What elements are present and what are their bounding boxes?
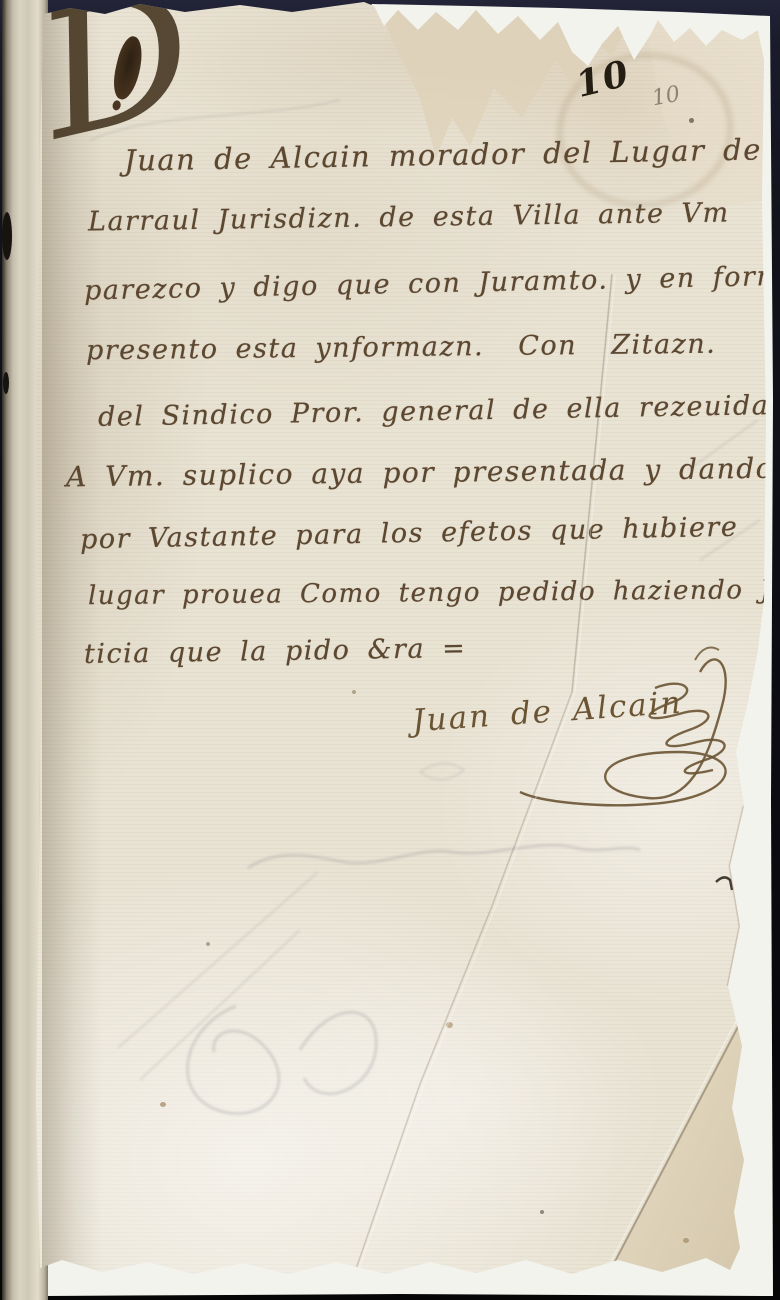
manuscript-line-3: parezco y digo que con Juramto. y en for… [84,260,780,306]
fox-spot [206,942,210,946]
manuscript-line-8: lugar prouea Como tengo pedido haziendo … [88,575,780,611]
bleedthrough-loop [420,763,464,779]
manuscript-page: 10 10 D Juan de Alcain morador del Lugar… [0,0,780,1300]
folded-corner [590,996,762,1296]
fox-spot [160,1102,166,1107]
ink-speck-mark [716,877,732,890]
manuscript-line-9: ticia que la pido &ra = [84,633,467,670]
bleedthrough-stroke [140,930,300,1080]
fox-spot [446,1022,453,1028]
bleedthrough-flourish [188,1006,279,1114]
signature-rubric-flourish [520,659,726,805]
bleedthrough-mirrored-line [248,845,640,868]
manuscript-line-7: por Vastante para los efetos que hubiere [80,512,739,556]
ink-speck [689,118,694,123]
manuscript-line-2: Larraul Jurisdizn. de esta Villa ante Vm [88,198,730,238]
folio-number-faint: 10 [650,82,682,111]
signature-name: Juan de Alcain [411,685,684,740]
manuscript-scan: 10 10 D Juan de Alcain morador del Lugar… [0,0,780,1300]
fox-spot [540,1210,544,1214]
manuscript-line-5: del Sindico Pror. general de ella rezeui… [98,390,770,433]
signature-rubric-flourish [695,648,719,660]
fox-spot [352,690,356,694]
crease-fold-highlight [351,276,615,1292]
bleedthrough-flourish [300,1012,376,1094]
gutter-blemish [2,212,12,260]
bleedthrough-stroke [118,872,318,1048]
manuscript-line-6: A Vm. suplico aya por presentada y dando [66,452,774,494]
manuscript-line-4: presento esta ynformazn. Con Zitazn. [86,329,717,367]
fox-spot [683,1238,689,1243]
crease-fold [348,692,572,1292]
gutter-blemish [3,372,9,394]
